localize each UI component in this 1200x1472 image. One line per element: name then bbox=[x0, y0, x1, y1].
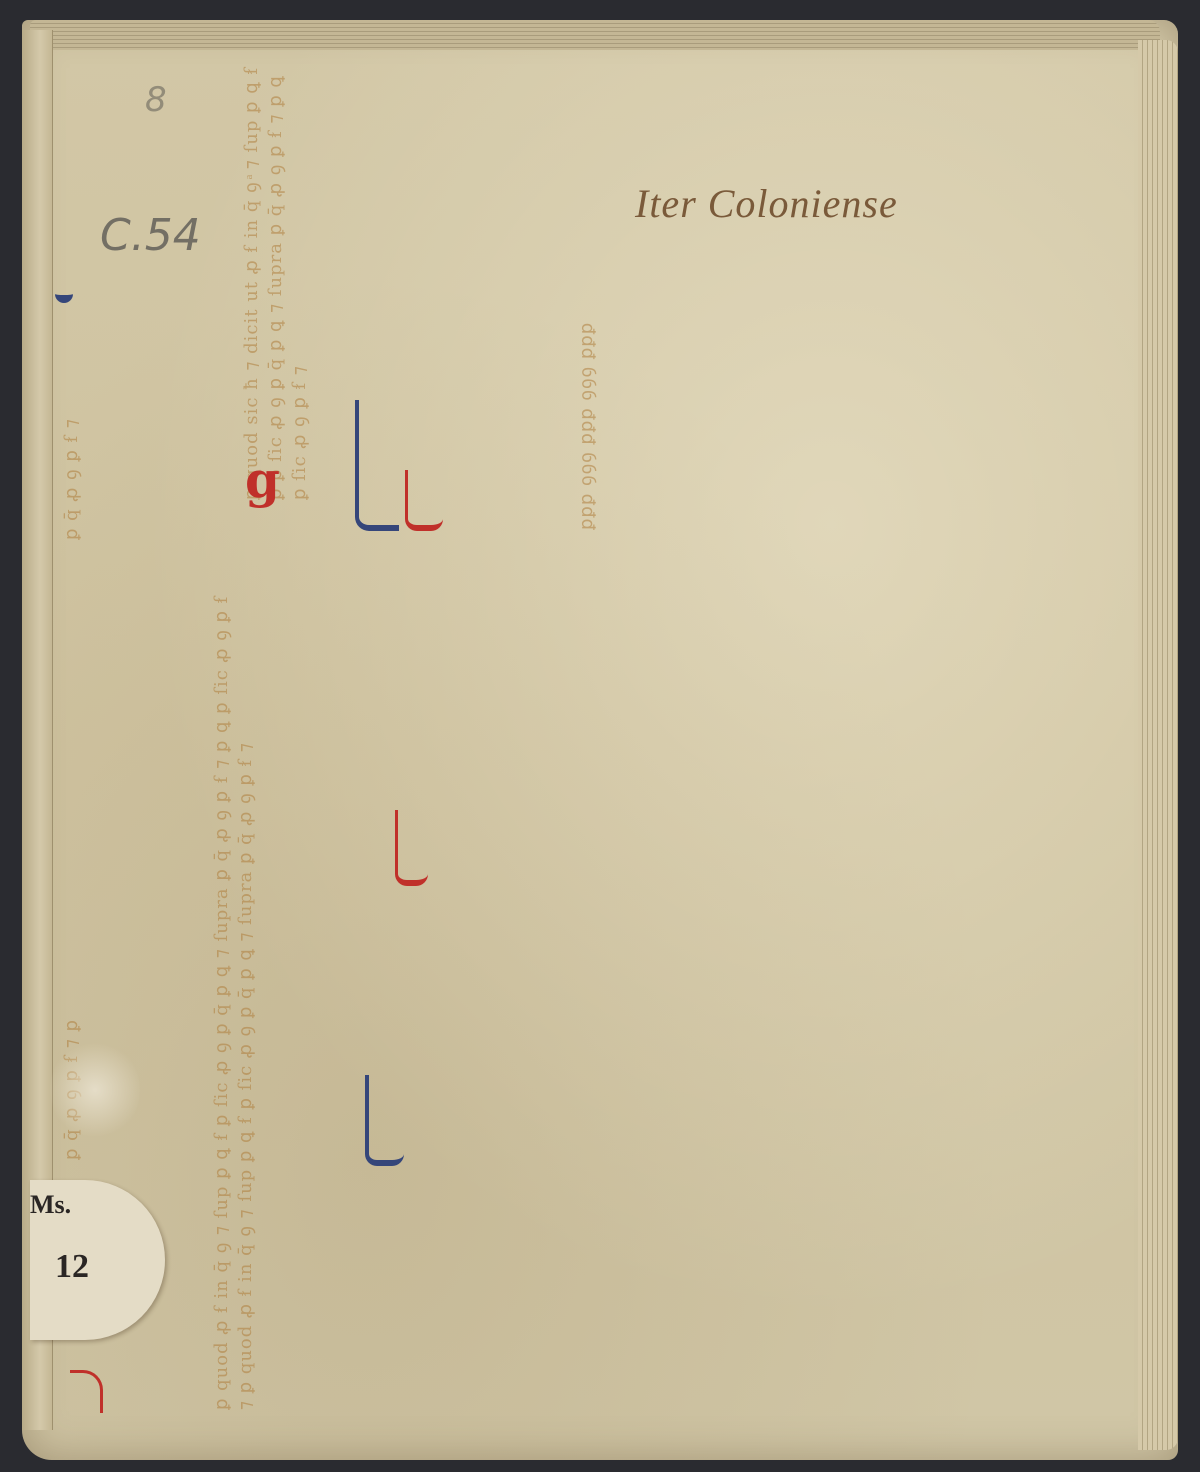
stain bbox=[50, 1040, 140, 1140]
pencil-shelfmark: C.54 bbox=[100, 210, 201, 261]
blue-initial-icon bbox=[355, 400, 399, 531]
page-edges-top bbox=[30, 20, 1160, 50]
reused-text-fragment-column: ꝑꝑꝑ ꝯꝯꝯ ꝑꝑꝑ ꝯꝯꝯ ꝑꝑꝑ bbox=[575, 60, 605, 530]
red-initial-icon: g bbox=[245, 450, 280, 509]
reused-text-fragment-lower: ꝑ quod ꝓ ẜ in q̄ ꝯ ⁊ ſup ꝑ ꝗ ẜ ꝑ ſic ꝓ ꝯ… bbox=[210, 590, 620, 1410]
shelf-label-ms: Ms. bbox=[30, 1190, 71, 1220]
shelf-label-number: 12 bbox=[55, 1248, 89, 1286]
blue-initial-icon bbox=[55, 255, 73, 303]
red-mark-icon bbox=[70, 1370, 103, 1413]
blue-initial-icon bbox=[365, 1075, 404, 1166]
pencil-number: 8 bbox=[145, 80, 167, 120]
red-initial-icon bbox=[405, 470, 443, 531]
red-initial-icon bbox=[395, 810, 428, 886]
page-edges-right bbox=[1138, 40, 1178, 1450]
title-inscription: Iter Coloniense bbox=[635, 180, 898, 227]
